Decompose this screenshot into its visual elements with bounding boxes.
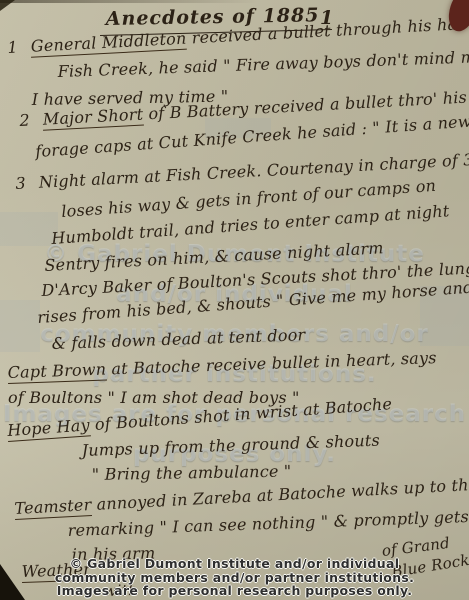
page-corner-bottomleft bbox=[0, 564, 25, 600]
line-text: " Bring the ambulance " bbox=[92, 462, 292, 484]
manuscript-line: Jumps up from the ground & shouts bbox=[81, 431, 380, 460]
copyright-watermark-line: community members and/or partner institu… bbox=[0, 571, 469, 585]
entry-head: Hope Hay bbox=[7, 415, 91, 442]
scan-edge-shadow bbox=[0, 0, 469, 3]
copyright-watermark: © Gabriel Dumont Institute and/or indivi… bbox=[0, 557, 469, 598]
entry-head: General Middleton bbox=[30, 29, 187, 58]
watermark-tile bbox=[0, 212, 58, 246]
manuscript-line: Capt Brown at Batoche receive bullet in … bbox=[7, 348, 437, 382]
entry-number: 2 bbox=[19, 110, 30, 130]
manuscript-line: " Bring the ambulance " bbox=[92, 462, 292, 484]
entry-head: Teamster bbox=[14, 495, 92, 520]
manuscript-line: & falls down dead at tent door bbox=[51, 325, 305, 353]
line-text: at Batoche receive bullet in heart, says bbox=[106, 348, 437, 379]
entry-number: 3 bbox=[15, 173, 26, 193]
manuscript-page: © Gabriel Dumont Institute and/or indivi… bbox=[0, 0, 469, 600]
entry-head: Capt Brown bbox=[7, 360, 106, 384]
copyright-watermark-line: © Gabriel Dumont Institute and/or indivi… bbox=[0, 557, 469, 571]
watermark-tile bbox=[0, 300, 40, 352]
line-text: & falls down dead at tent door bbox=[51, 325, 305, 353]
page-corner-topleft bbox=[0, 0, 15, 11]
copyright-watermark-line: Images are for personal research purpose… bbox=[0, 584, 469, 598]
line-text: Jumps up from the ground & shouts bbox=[81, 431, 380, 460]
entry-number: 1 bbox=[7, 37, 18, 57]
entry-head: Major Short bbox=[42, 105, 143, 131]
